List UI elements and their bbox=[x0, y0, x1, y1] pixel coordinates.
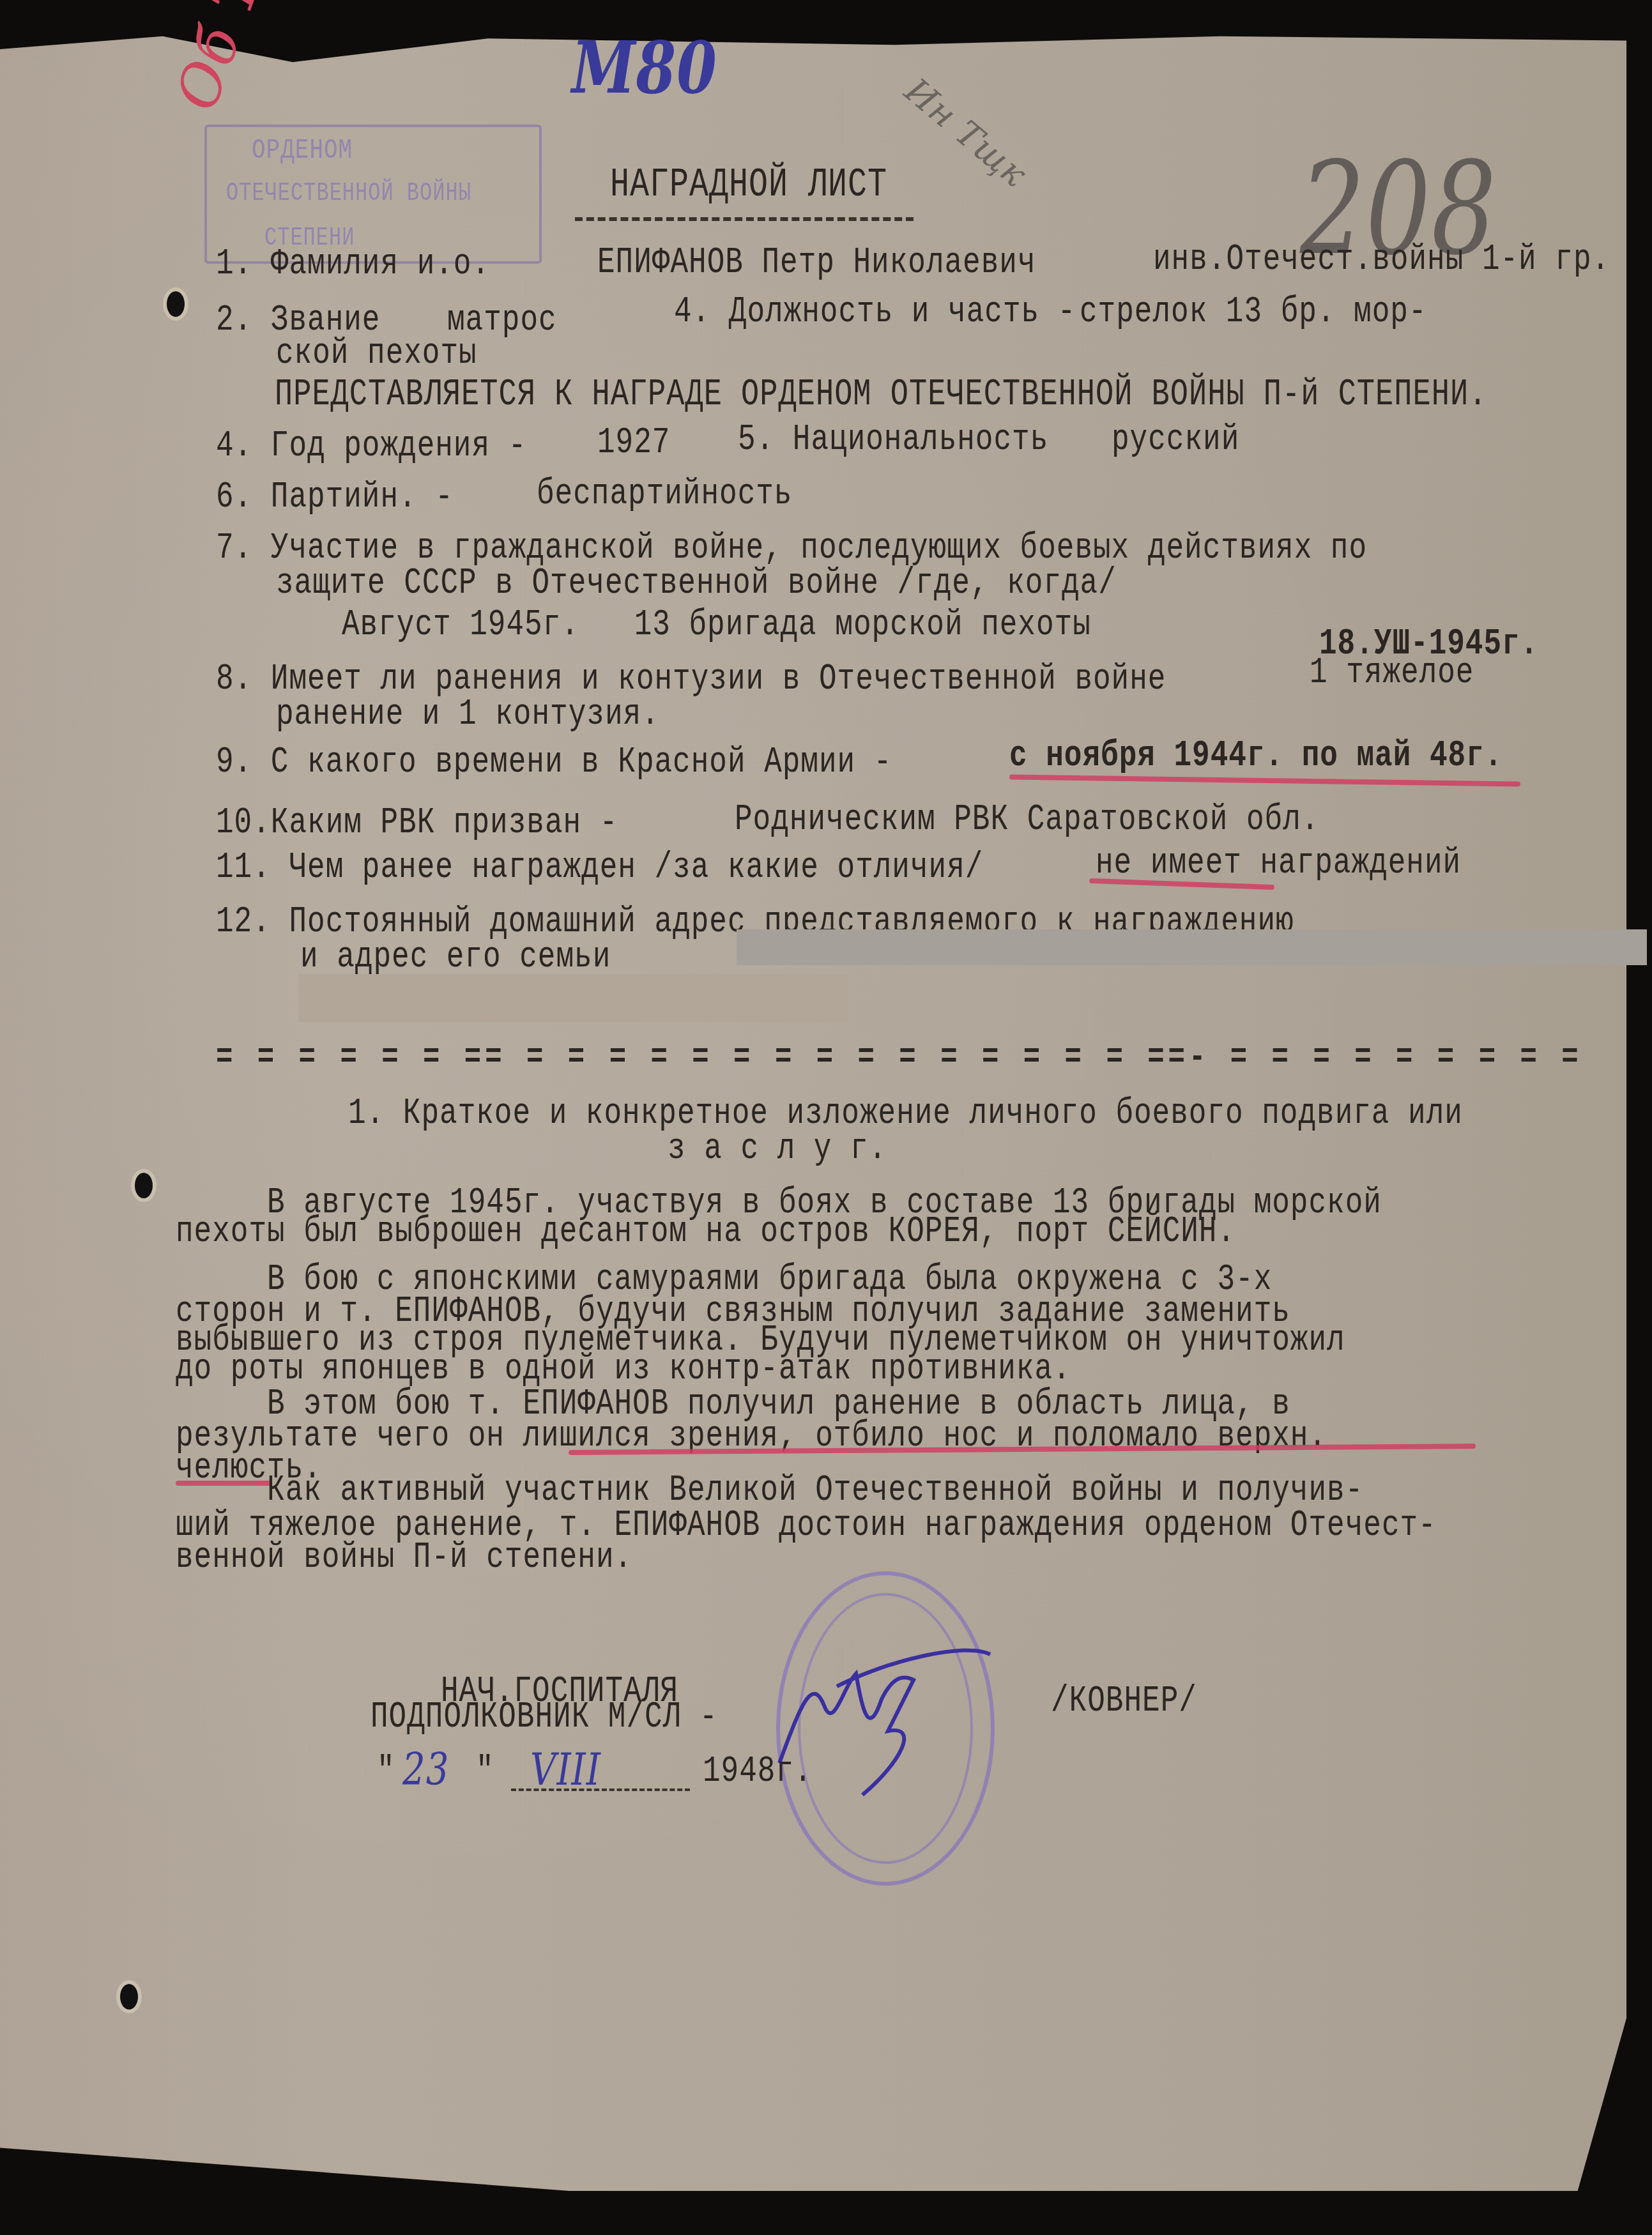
field-4a-label: 4. Должность и часть - bbox=[674, 291, 1076, 332]
field-1-label: 1. Фамилия и.о. bbox=[216, 243, 490, 284]
date-quote-close: " bbox=[476, 1750, 494, 1792]
field-8-value-1: 1 тяжелое bbox=[1310, 652, 1474, 693]
field-1-note: инв.Отечест.войны 1-й гр. bbox=[1153, 238, 1610, 280]
signer-title-2: ПОДПОЛКОВНИК М/СЛ - bbox=[371, 1696, 718, 1737]
field-5-label: 5. Национальность bbox=[738, 418, 1048, 460]
field-7-label-2: защите СССР в Отечественной войне /где, … bbox=[276, 562, 1117, 604]
field-7-value: Август 1945г. 13 бригада морской пехоты bbox=[342, 604, 1091, 645]
binder-hole bbox=[116, 1980, 142, 2013]
field-4b-label: 4. Год рождения - bbox=[216, 425, 526, 466]
field-4a-value: стрелок 13 бр. мор- bbox=[1080, 291, 1427, 332]
date-month-line bbox=[511, 1789, 690, 1791]
binder-hole bbox=[163, 287, 188, 321]
field-4a-value-cont: ской пехоты bbox=[276, 332, 477, 374]
document-title: НАГРАДНОЙ ЛИСТ bbox=[610, 163, 887, 208]
section-heading-2: з а с л у г. bbox=[668, 1127, 887, 1169]
date-day: 23 bbox=[402, 1744, 449, 1796]
field-11-label: 11. Чем ранее награжден /за какие отличи… bbox=[216, 846, 983, 888]
narrative-line: пехоты был выброшен десантом на остров К… bbox=[176, 1210, 1235, 1252]
title-underline bbox=[575, 217, 914, 221]
field-1-value: ЕПИФАНОВ Петр Николаевич bbox=[597, 241, 1036, 283]
redacted-address bbox=[737, 929, 1647, 965]
date-year: 1948г. bbox=[703, 1750, 813, 1792]
separator-line: = = = = = = == = = = = = = = = = = = = =… bbox=[216, 1038, 1582, 1078]
redacted-address bbox=[298, 974, 848, 1022]
signer-name: /КОВНЕР/ bbox=[1051, 1680, 1197, 1721]
field-9-label: 9. С какого времени в Красной Армии - bbox=[216, 741, 892, 782]
field-5-value: русский bbox=[1112, 418, 1239, 460]
award-line: ПРЕДСТАВЛЯЕТСЯ К НАГРАДЕ ОРДЕНОМ ОТЕЧЕСТ… bbox=[275, 374, 1487, 416]
field-9-value: с ноября 1944г. по май 48г. bbox=[1009, 735, 1503, 776]
field-11-value: не имеет награждений bbox=[1096, 842, 1461, 883]
narrative-line: венной войны П-й степени. bbox=[176, 1536, 632, 1578]
field-10-value: Родничеcким РВК Саратовской обл. bbox=[735, 798, 1319, 840]
date-quote-open: " bbox=[377, 1750, 395, 1792]
field-12-label-2: и адрес его семьи bbox=[300, 936, 611, 977]
section-heading-1: 1. Краткое и конкретное изложение личног… bbox=[348, 1092, 1463, 1134]
binder-hole bbox=[131, 1169, 157, 1202]
blue-stamp-m80: М80 bbox=[572, 26, 717, 111]
field-4b-value: 1927 bbox=[597, 422, 670, 463]
field-10-label: 10.Каким РВК призван - bbox=[216, 802, 618, 843]
field-6-value: беспартийность bbox=[537, 473, 792, 514]
field-8-value-2: ранение и 1 контузия. bbox=[276, 693, 660, 735]
field-6-label: 6. Партийн. - bbox=[216, 476, 454, 517]
